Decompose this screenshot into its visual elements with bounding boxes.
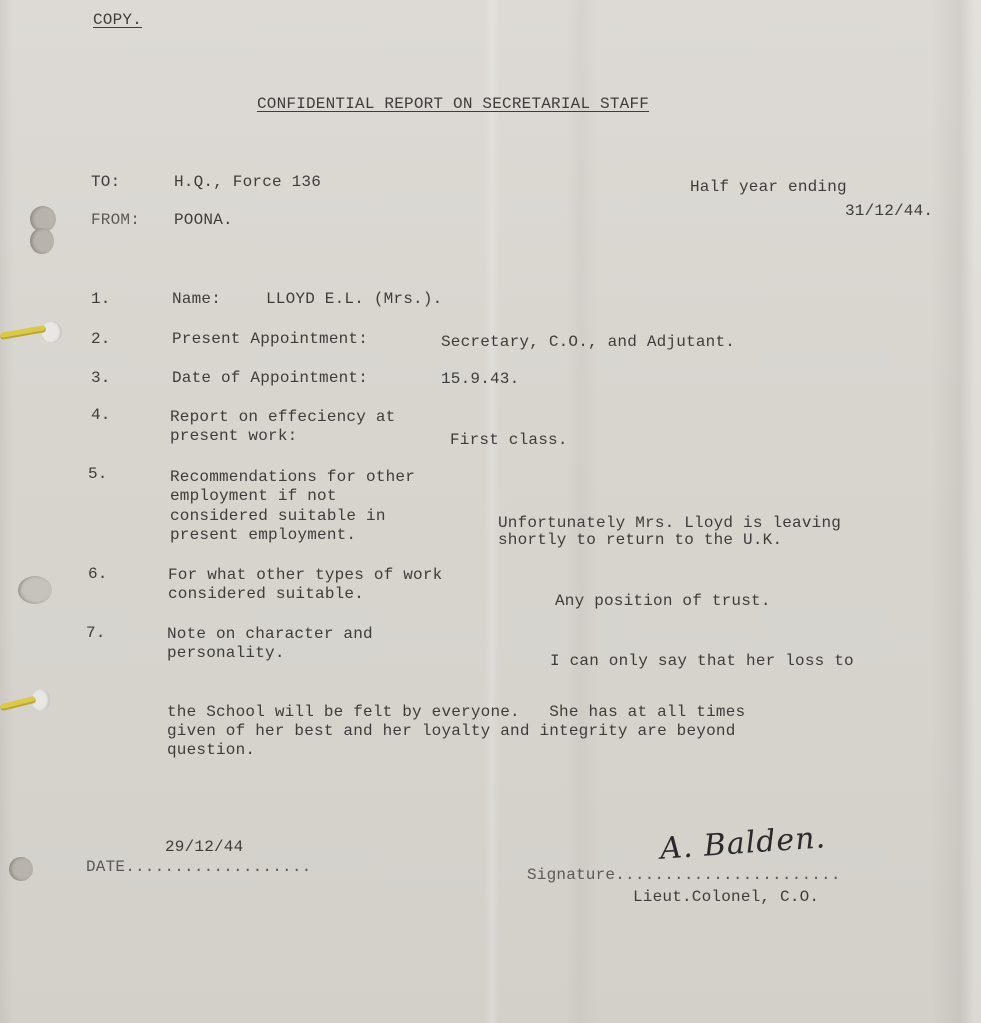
efficiency-value: First class. <box>450 431 568 450</box>
to-label: TO: <box>91 173 120 192</box>
recommendation-label-line: considered suitable in <box>170 507 386 526</box>
copy-mark: COPY. <box>93 11 142 30</box>
character-continuation-line: given of her best and her loyalty and in… <box>167 722 736 741</box>
character-value: I can only say that her loss to <box>550 652 854 671</box>
name-value: LLOYD E.L. (Mrs.). <box>266 290 442 309</box>
recommendation-label-line: Recommendations for other <box>170 468 415 487</box>
punch-hole <box>9 857 33 881</box>
period-label: Half year ending <box>690 178 847 197</box>
other-work-value: Any position of trust. <box>555 592 771 611</box>
appointment-date-value: 15.9.43. <box>441 370 519 389</box>
signature-line: Signature....................... <box>527 866 841 885</box>
character-label-line: Note on character and <box>167 625 373 644</box>
punch-hole <box>18 576 52 604</box>
item-number: 4. <box>91 406 111 425</box>
efficiency-label-line: present work: <box>170 427 297 446</box>
punch-hole <box>30 228 54 254</box>
item-number: 6. <box>88 565 108 584</box>
appointment-label: Present Appointment: <box>172 330 368 349</box>
other-work-label-line: For what other types of work <box>168 566 442 585</box>
date-line: DATE................... <box>86 858 311 877</box>
punch-hole <box>42 321 62 343</box>
efficiency-label-line: Report on effeciency at <box>170 408 395 427</box>
recommendation-label-line: employment if not <box>170 487 337 506</box>
recommendation-label-line: present employment. <box>170 526 356 545</box>
item-number: 5. <box>88 465 108 484</box>
from-value: POONA. <box>174 211 233 230</box>
appointment-date-label: Date of Appointment: <box>172 369 368 388</box>
character-label-line: personality. <box>167 644 285 663</box>
document-title: CONFIDENTIAL REPORT ON SECRETARIAL STAFF <box>257 95 649 114</box>
to-value: H.Q., Force 136 <box>174 173 321 192</box>
character-continuation-line: the School will be felt by everyone. She… <box>167 703 745 722</box>
item-number: 2. <box>91 330 111 349</box>
item-number: 1. <box>91 290 111 309</box>
date-value: 29/12/44 <box>165 838 243 857</box>
recommendation-value-line: shortly to return to the U.K. <box>498 531 782 550</box>
character-continuation-line: question. <box>167 741 255 760</box>
appointment-value: Secretary, C.O., and Adjutant. <box>441 333 735 352</box>
name-label: Name: <box>172 290 221 309</box>
period-value: 31/12/44. <box>845 202 933 221</box>
item-number: 3. <box>91 369 111 388</box>
other-work-label-line: considered suitable. <box>168 585 364 604</box>
item-number: 7. <box>86 624 106 643</box>
from-label: FROM: <box>91 211 140 230</box>
signatory-title: Lieut.Colonel, C.O. <box>633 888 819 907</box>
